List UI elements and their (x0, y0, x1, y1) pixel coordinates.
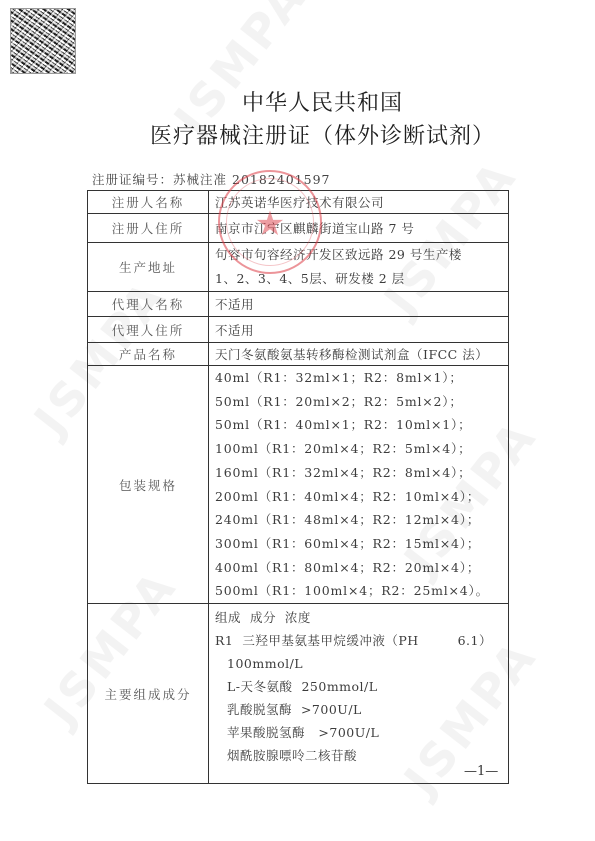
table-row: 注册人住所 南京市江宁区麒麟街道宝山路 7 号 (88, 214, 509, 243)
registration-number: 注册证编号：苏械注准 20182401597 (92, 170, 330, 188)
product-name: 天门冬氨酸氨基转移酶检测试剂盒（IFCC 法） (209, 343, 509, 366)
row-label: 主要组成成分 (88, 604, 209, 784)
package-spec-item: 500ml（R1：100ml×4；R2：25ml×4）。 (215, 579, 502, 603)
agent-address: 不适用 (209, 317, 509, 343)
production-address-line: 句容市句容经济开发区致远路 29 号生产楼 (215, 243, 502, 267)
table-row: 包装规格 40ml（R1：32ml×1；R2：8ml×1）； 50ml（R1：2… (88, 366, 509, 604)
component-item: 100mmol/L (215, 652, 502, 675)
reagent-label: R1 (215, 633, 233, 648)
main-components: 组成 成分 浓度 R1 三羟甲基氨基甲烷缓冲液（PH 6.1） 100mmol/… (209, 604, 509, 784)
component-ph-value: 6.1） (458, 629, 492, 652)
package-spec-item: 240ml（R1：48ml×4；R2：12ml×4）； (215, 508, 502, 532)
component-r1-line: R1 三羟甲基氨基甲烷缓冲液（PH 6.1） (215, 629, 502, 652)
production-address-line: 1、2、3、4、5层、研发楼 2 层 (215, 267, 502, 291)
package-spec-item: 100ml（R1：20ml×4；R2：5ml×4）； (215, 437, 502, 461)
table-row: 产品名称 天门冬氨酸氨基转移酶检测试剂盒（IFCC 法） (88, 343, 509, 366)
production-address: 句容市句容经济开发区致远路 29 号生产楼 1、2、3、4、5层、研发楼 2 层 (209, 243, 509, 292)
row-label: 生产地址 (88, 243, 209, 292)
agent-name: 不适用 (209, 292, 509, 317)
page-title-line2: 医疗器械注册证（体外诊断试剂） (0, 119, 595, 150)
package-specs: 40ml（R1：32ml×1；R2：8ml×1）； 50ml（R1：20ml×2… (209, 366, 509, 604)
registration-number-label: 注册证编号： (92, 172, 173, 187)
components-header: 组成 成分 浓度 (215, 606, 502, 629)
table-row: 主要组成成分 组成 成分 浓度 R1 三羟甲基氨基甲烷缓冲液（PH 6.1） 1… (88, 604, 509, 784)
component-item: 乳酸脱氢酶 >700U/L (215, 698, 502, 721)
component-item: 苹果酸脱氢酶 >700U/L (215, 721, 502, 744)
package-spec-item: 50ml（R1：20ml×2；R2：5ml×2）； (215, 390, 502, 414)
row-label: 代理人住所 (88, 317, 209, 343)
table-row: 注册人名称 江苏英诺华医疗技术有限公司 (88, 191, 509, 214)
registrant-name: 江苏英诺华医疗技术有限公司 (209, 191, 509, 214)
registrant-address: 南京市江宁区麒麟街道宝山路 7 号 (209, 214, 509, 243)
qr-code (10, 8, 76, 74)
package-spec-item: 300ml（R1：60ml×4；R2：15ml×4）； (215, 532, 502, 556)
table-row: 代理人住所 不适用 (88, 317, 509, 343)
component-item: 烟酰胺腺嘌呤二核苷酸 (215, 744, 502, 767)
row-label: 注册人名称 (88, 191, 209, 214)
registration-number-value: 苏械注准 20182401597 (173, 172, 330, 187)
table-row: 生产地址 句容市句容经济开发区致远路 29 号生产楼 1、2、3、4、5层、研发… (88, 243, 509, 292)
row-label: 代理人名称 (88, 292, 209, 317)
component-text: 三羟甲基氨基甲烷缓冲液（PH (242, 633, 418, 648)
certificate-table: 注册人名称 江苏英诺华医疗技术有限公司 注册人住所 南京市江宁区麒麟街道宝山路 … (87, 190, 509, 784)
package-spec-item: 160ml（R1：32ml×4；R2：8ml×4）； (215, 461, 502, 485)
table-row: 代理人名称 不适用 (88, 292, 509, 317)
package-spec-item: 50ml（R1：40ml×1；R2：10ml×1）； (215, 413, 502, 437)
row-label: 产品名称 (88, 343, 209, 366)
package-spec-item: 400ml（R1：80ml×4；R2：20ml×4）； (215, 556, 502, 580)
page-number: —1— (464, 764, 498, 779)
package-spec-item: 200ml（R1：40ml×4；R2：10ml×4）； (215, 485, 502, 509)
component-item: L-天冬氨酸 250mmol/L (215, 675, 502, 698)
row-label: 注册人住所 (88, 214, 209, 243)
package-spec-item: 40ml（R1：32ml×1；R2：8ml×1）； (215, 366, 502, 390)
page-title-line1: 中华人民共和国 (0, 86, 595, 117)
row-label: 包装规格 (88, 366, 209, 604)
